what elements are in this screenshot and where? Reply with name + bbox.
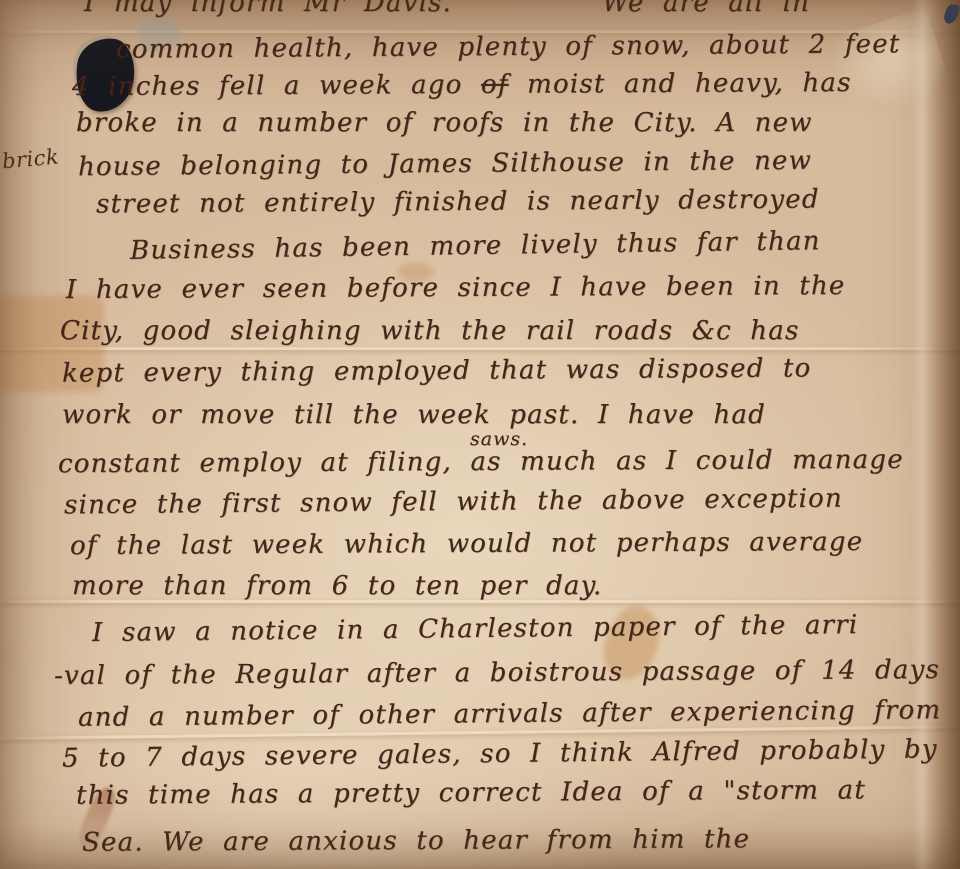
- line-segment: 4 inches fell a week ago: [72, 70, 481, 102]
- letter-line: street not entirely finished is nearly d…: [96, 184, 820, 219]
- line-segment-right: We are all in: [602, 0, 810, 18]
- line-segment: moist and heavy, has: [509, 68, 852, 100]
- letter-line: work or move till the week past. I have …: [62, 400, 766, 430]
- letter-line: I have ever seen before since I have bee…: [66, 271, 846, 305]
- letter-line: I may inform Mr Davis.We are all in: [84, 0, 810, 18]
- letter-line: constant employ at filing, as much as I …: [58, 445, 904, 479]
- letter-line: City, good sleighing with the rail roads…: [60, 316, 800, 346]
- letter-line: common health, have plenty of snow, abou…: [116, 29, 901, 64]
- letter-line: this time has a pretty correct Idea of a…: [76, 775, 866, 811]
- letter-line: -val of the Regular after a boistrous pa…: [54, 655, 940, 691]
- letter-line: of the last week which would not perhaps…: [70, 527, 863, 561]
- letter-line: 4 inches fell a week ago of moist and he…: [72, 68, 852, 102]
- letter-line: more than from 6 to ten per day.: [72, 571, 603, 601]
- margin-note-brick: brick: [1, 145, 60, 174]
- letter-line: broke in a number of roofs in the City. …: [76, 108, 813, 138]
- struck-out-word: of: [481, 70, 509, 100]
- letter-line: Sea. We are anxious to hear from him the: [82, 824, 750, 857]
- line-segment-left: I may inform Mr Davis.: [84, 0, 452, 18]
- letter-photo: I may inform Mr Davis.We are all in comm…: [0, 0, 960, 869]
- fold-crease-middle: [0, 347, 960, 350]
- letter-line: house belonging to James Silthouse in th…: [78, 146, 812, 182]
- letter-line: kept every thing employed that was dispo…: [62, 353, 812, 388]
